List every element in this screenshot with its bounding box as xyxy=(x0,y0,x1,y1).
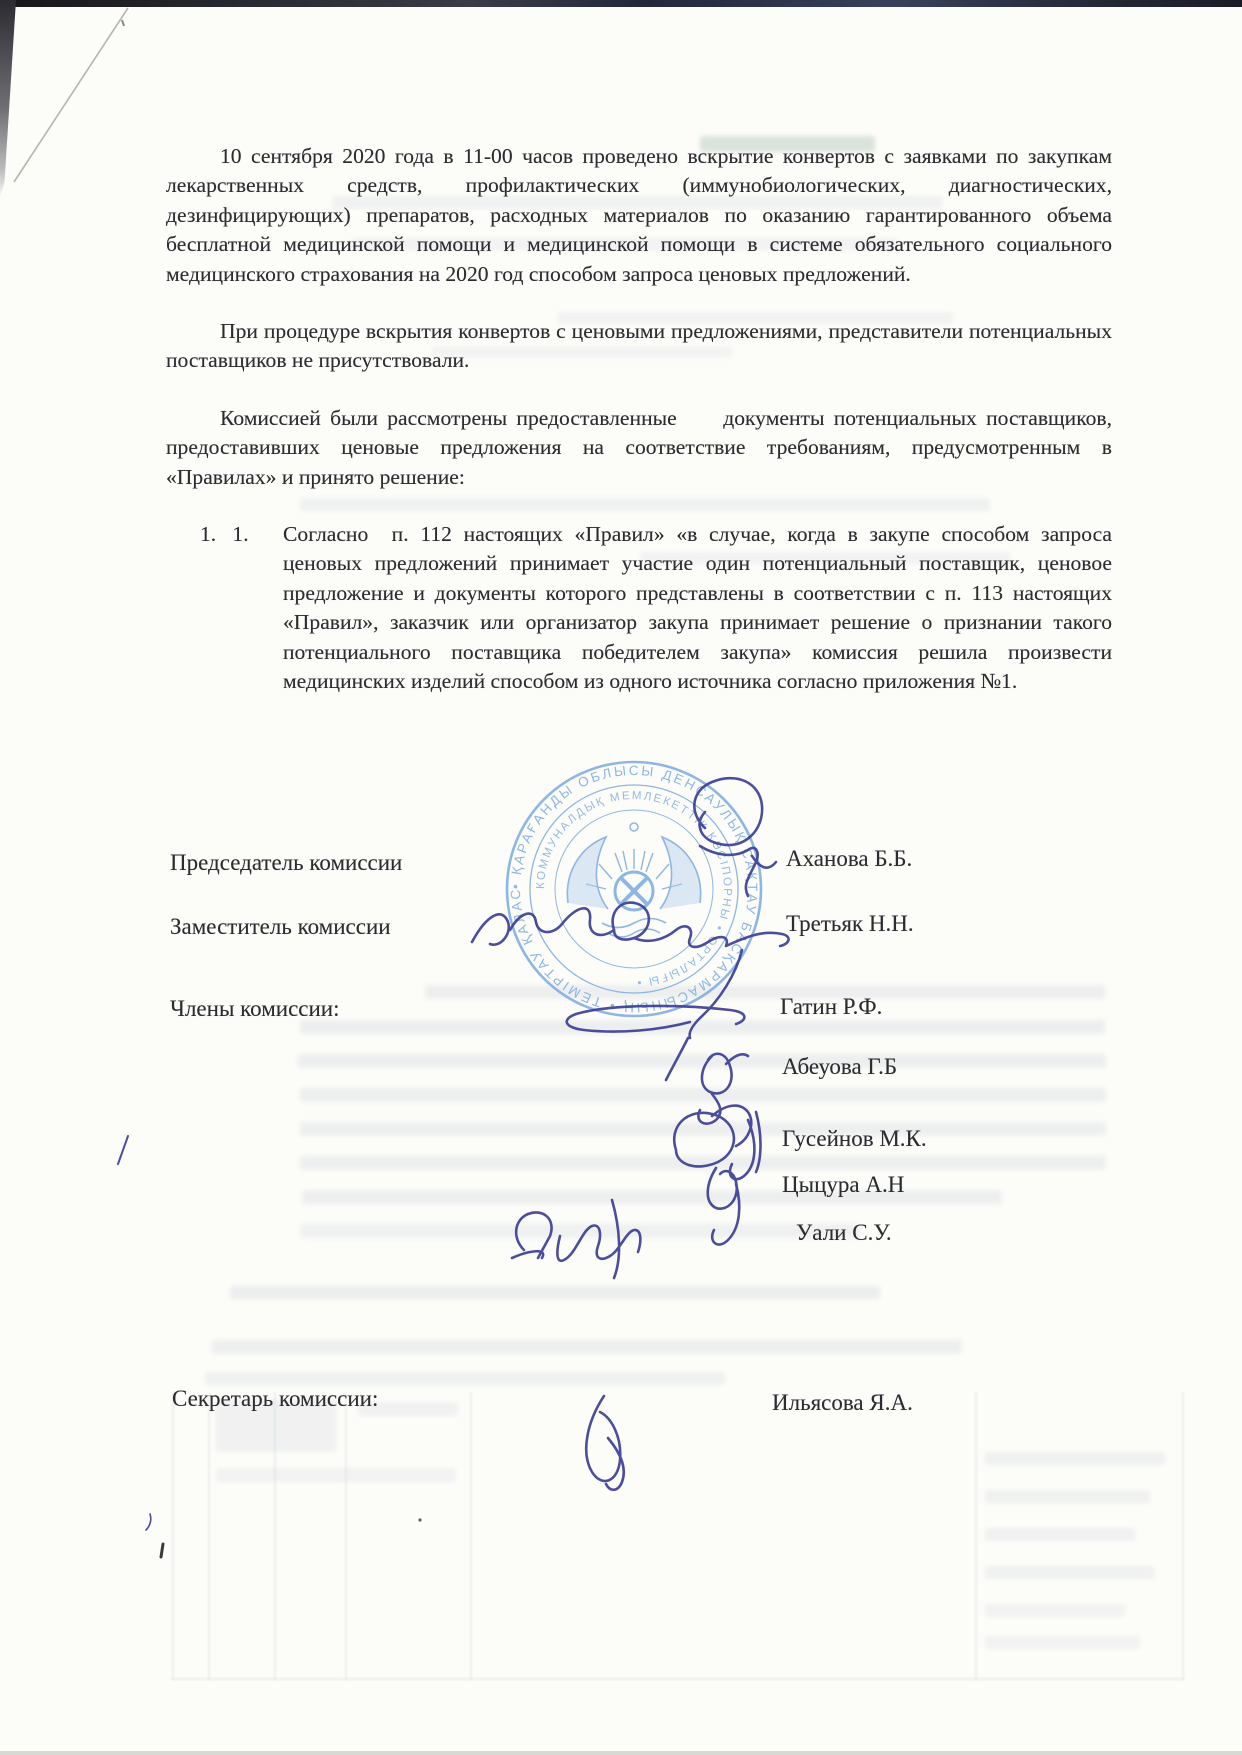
name-uali: Уали С.У. xyxy=(796,1220,892,1246)
document-body: 10 сентября 2020 года в 11-00 часов пров… xyxy=(166,142,1112,697)
fold-speck xyxy=(122,20,124,26)
decision-item-number: 1. 1. xyxy=(200,520,249,549)
scan-edge-left xyxy=(0,0,16,198)
name-gatin: Гатин Р.Ф. xyxy=(780,994,882,1020)
name-akhanova: Аханова Б.Б. xyxy=(786,846,912,872)
bleed-through-table-line xyxy=(975,1392,977,1680)
paragraph-commission: Комиссией были рассмотрены предоставленн… xyxy=(166,404,1112,492)
role-deputy: Заместитель комиссии xyxy=(170,914,391,940)
name-ilyasova: Ильясова Я.А. xyxy=(772,1390,913,1416)
bleed-through-table-line xyxy=(208,1392,210,1680)
bleed-through-cell xyxy=(985,1604,1125,1617)
signature-ilyasova xyxy=(586,1396,624,1490)
scanned-document-page: 10 сентября 2020 года в 11-00 часов пров… xyxy=(0,0,1242,1755)
bleed-through-row xyxy=(300,1088,1106,1102)
bleed-through-cell xyxy=(216,1468,456,1482)
bleed-through-cell xyxy=(985,1566,1155,1579)
role-secretary: Секретарь комиссии: xyxy=(172,1386,378,1412)
bleed-through-cell xyxy=(985,1528,1135,1541)
bleed-through-row xyxy=(205,1372,725,1385)
name-tretyak: Третьяк Н.Н. xyxy=(786,911,914,937)
bleed-through-table-line xyxy=(345,1392,347,1680)
official-seal-stamp-icon: • ҚАРАҒАНДЫ ОБЛЫСЫ ДЕНСАУЛЫҚ САҚТАУ БАСҚ… xyxy=(498,753,770,1025)
bleed-through-row xyxy=(230,1286,880,1299)
paragraph-procedure: При процедуре вскрытия конвертов с ценов… xyxy=(166,317,1112,376)
bleed-through-table-line xyxy=(172,1678,1184,1680)
signature-uali xyxy=(512,1200,640,1278)
bleed-through-cell xyxy=(985,1452,1165,1465)
paper-fold-line xyxy=(14,8,128,182)
bleed-through-cell xyxy=(985,1490,1150,1503)
name-guseinov: Гусейнов М.К. xyxy=(782,1126,927,1152)
name-abeuova: Абеуова Г.Б xyxy=(782,1054,897,1080)
bleed-through-table-line xyxy=(470,1392,472,1680)
bleed-through-row xyxy=(212,1340,962,1354)
bleed-through-row xyxy=(300,1122,1106,1136)
bleed-through-row xyxy=(298,1054,1106,1068)
bleed-through-table-line xyxy=(1182,1392,1184,1680)
decision-item: 1. 1. Согласно п. 112 настоящих «Правил»… xyxy=(166,520,1112,696)
bleed-through-cell xyxy=(985,1636,1140,1649)
scan-edge-bottom xyxy=(0,1751,1242,1755)
scan-edge-top xyxy=(0,0,1242,7)
decision-item-text: Согласно п. 112 настоящих «Правил» «в сл… xyxy=(283,522,1112,693)
stamp-emblem xyxy=(567,823,700,937)
bleed-through-row xyxy=(300,1156,1106,1170)
role-members: Члены комиссии: xyxy=(170,996,340,1022)
paragraph-opening: 10 сентября 2020 года в 11-00 часов пров… xyxy=(166,142,1112,289)
name-tsytsura: Цыцура А.Н xyxy=(782,1172,904,1198)
bleed-through-table-line xyxy=(172,1392,174,1680)
role-chairman: Председатель комиссии xyxy=(170,850,402,876)
bleed-through-row xyxy=(300,1224,860,1238)
